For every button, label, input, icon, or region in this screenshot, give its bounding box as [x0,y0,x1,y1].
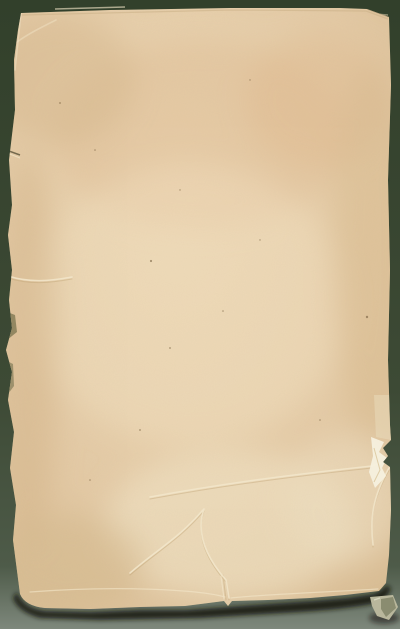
speck [89,479,91,481]
speck [139,429,141,431]
speck [222,310,224,312]
speck [179,189,180,190]
speck [169,347,171,349]
speck [319,419,321,421]
speck [259,239,260,240]
paper-grain-texture [0,0,400,629]
right-edge-scuff [374,395,391,440]
speck [59,102,61,104]
aged-paper-photo [0,0,400,629]
speck [249,79,250,80]
paper-surface-details [0,0,400,629]
photo-canvas [0,0,400,629]
speck [366,316,368,318]
speck [150,260,152,262]
speck [94,149,96,151]
